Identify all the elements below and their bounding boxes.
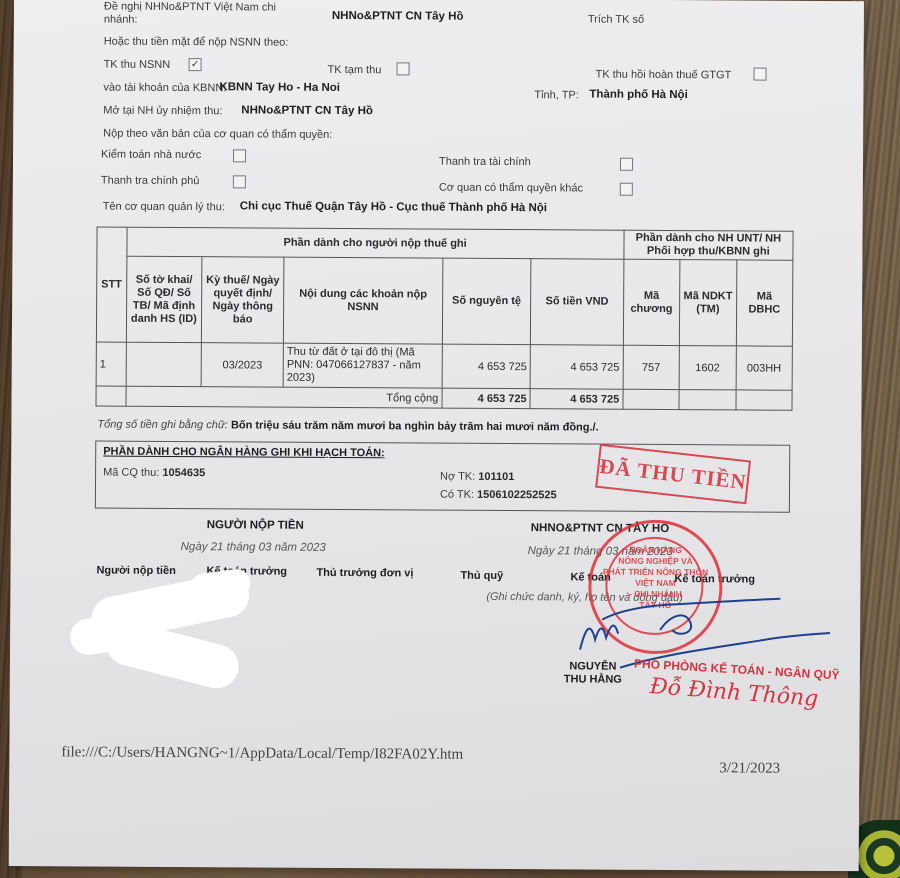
row-foreign-amount: 4 653 725 [442,344,531,389]
amount-in-words-value: Bốn triệu sáu trăm năm mươi ba nghìn bảy… [231,419,599,433]
row-chapter-code: 757 [623,345,680,389]
row-period: 03/2023 [201,343,283,387]
bank-value: NHNo&PTNT CN Tây Hồ [241,104,373,117]
tk-thu-hoi-checkbox[interactable] [753,68,766,81]
col-declaration-header: Số tờ khai/ Số QĐ/ Số TB/ Mã định danh H… [126,256,202,342]
col-dbhc-header: Mã DBHC [736,260,793,346]
debit-label: Nợ TK: [440,471,475,483]
col-ndkt-header: Mã NDKT (TM) [679,260,736,346]
thanh-tra-tai-chinh-checkbox[interactable] [620,158,633,171]
agency-label: Tên cơ quan quản lý thu: [103,201,225,214]
request-bank-value: NHNo&PTNT CN Tây Hồ [332,10,464,23]
debit-value: 101101 [478,471,514,483]
footer-file-path: file:///C:/Users/HANGNG~1/AppData/Local/… [61,744,463,763]
authority-label: Nộp theo văn bản của cơ quan có thẩm quy… [103,128,332,141]
cq-code: Mã CQ thu: 1054635 [103,467,205,480]
payer-title: NGƯỜI NỘP TIỀN [207,519,304,532]
authority-option-label: Kiểm toán nhà nước [101,149,201,162]
authority-option-label: Thanh tra chính phủ [101,175,200,188]
total-label: Tổng cộng [126,386,442,408]
role-head-of-unit: Thủ trưởng đơn vị [316,567,413,580]
co-quan-khac-checkbox[interactable] [620,183,633,196]
table-row: 1 03/2023 Thu từ đất ở tại đô thị (Mã PN… [96,342,792,390]
cq-value: 1054635 [162,467,205,479]
bank-accounting-title: PHẦN DÀNH CHO NGÂN HÀNG GHI KHI HẠCH TOÁ… [103,446,385,460]
payment-document: Đề nghị NHNo&PTNT Việt Nam chi nhánh: NH… [9,0,864,871]
province-label: Tỉnh, TP: [534,89,579,101]
total-vnd: 4 653 725 [530,389,623,410]
role-cashier: Thủ quỹ [460,570,503,582]
payment-table: STT Phần dành cho người nộp thuế ghi Phầ… [95,227,793,411]
row-vnd-amount: 4 653 725 [530,345,623,390]
amount-in-words-label: Tổng số tiền ghi bằng chữ: [97,419,228,432]
col-chapter-header: Mã chương [623,259,680,345]
total-row: Tổng cộng 4 653 725 4 653 725 [96,386,792,410]
payer-date: Ngày 21 tháng 03 năm 2023 [181,541,326,554]
authority-option-label: Thanh tra tài chính [439,156,531,169]
request-label: Đề nghị NHNo&PTNT Việt Nam chi nhánh: [104,1,284,28]
kbnn-value: KBNN Tay Ho - Ha Noi [219,81,340,94]
bank-label: Mở tại NH ủy nhiệm thu: [103,105,222,118]
col-foreign-header: Số nguyên tệ [442,258,531,345]
col-content-header: Nội dung các khoản nộp NSNN [283,257,442,344]
kbnn-label: vào tài khoản của KBNN: [103,82,226,95]
footer-date: 3/21/2023 [719,760,780,777]
row-content: Thu từ đất ở tại đô thị (Mã PNN: 0470661… [283,343,442,388]
tk-thu-nsnn-checkbox[interactable]: ✓ [189,58,202,71]
row-dbhc-code: 003HH [736,346,793,390]
tk-tam-thu-checkbox[interactable] [397,62,410,75]
total-foreign: 4 653 725 [442,388,530,409]
col-vnd-header: Số tiền VND [530,259,623,346]
tk-tam-thu-label: TK tạm thu [328,64,382,76]
province-value: Thành phố Hà Nội [589,89,687,102]
row-ndkt-code: 1602 [679,346,736,390]
bank-section-header: Phần dành cho NH UNT/ NH Phối hợp thu/KB… [624,230,793,260]
credit-value: 1506102252525 [477,489,557,501]
credit-label: Có TK: [440,489,474,501]
stt-header: STT [96,227,126,342]
kiem-toan-checkbox[interactable] [233,149,246,162]
signer-name: NGUYỄN THU HẰNG [558,660,628,686]
thanh-tra-chinh-phu-checkbox[interactable] [233,175,246,188]
credit-account: Có TK: 1506102252525 [440,489,557,502]
amount-in-words: Tổng số tiền ghi bằng chữ: Bốn triệu sáu… [97,419,598,434]
cq-label: Mã CQ thu: [103,467,159,479]
taxpayer-section-header: Phần dành cho người nộp thuế ghi [126,227,623,259]
debit-account: Nợ TK: 101101 [440,471,514,483]
row-declaration [126,342,202,386]
tk-thu-nsnn-label: TK thu NSNN [104,59,171,71]
agency-value: Chi cục Thuế Quận Tây Hồ - Cục thuế Thàn… [240,200,547,214]
col-period-header: Kỳ thuế/ Ngày quyết định/ Ngày thông báo [202,257,284,343]
authority-option-label: Cơ quan có thẩm quyền khác [439,182,583,195]
row-stt: 1 [96,342,126,386]
role-payer: Người nộp tiền [96,565,175,577]
debit-account-label: Trích TK số [588,14,644,26]
tk-thu-hoi-label: TK thu hồi hoàn thuế GTGT [595,69,731,82]
cash-label: Hoặc thu tiền mặt để nộp NSNN theo: [104,36,289,49]
